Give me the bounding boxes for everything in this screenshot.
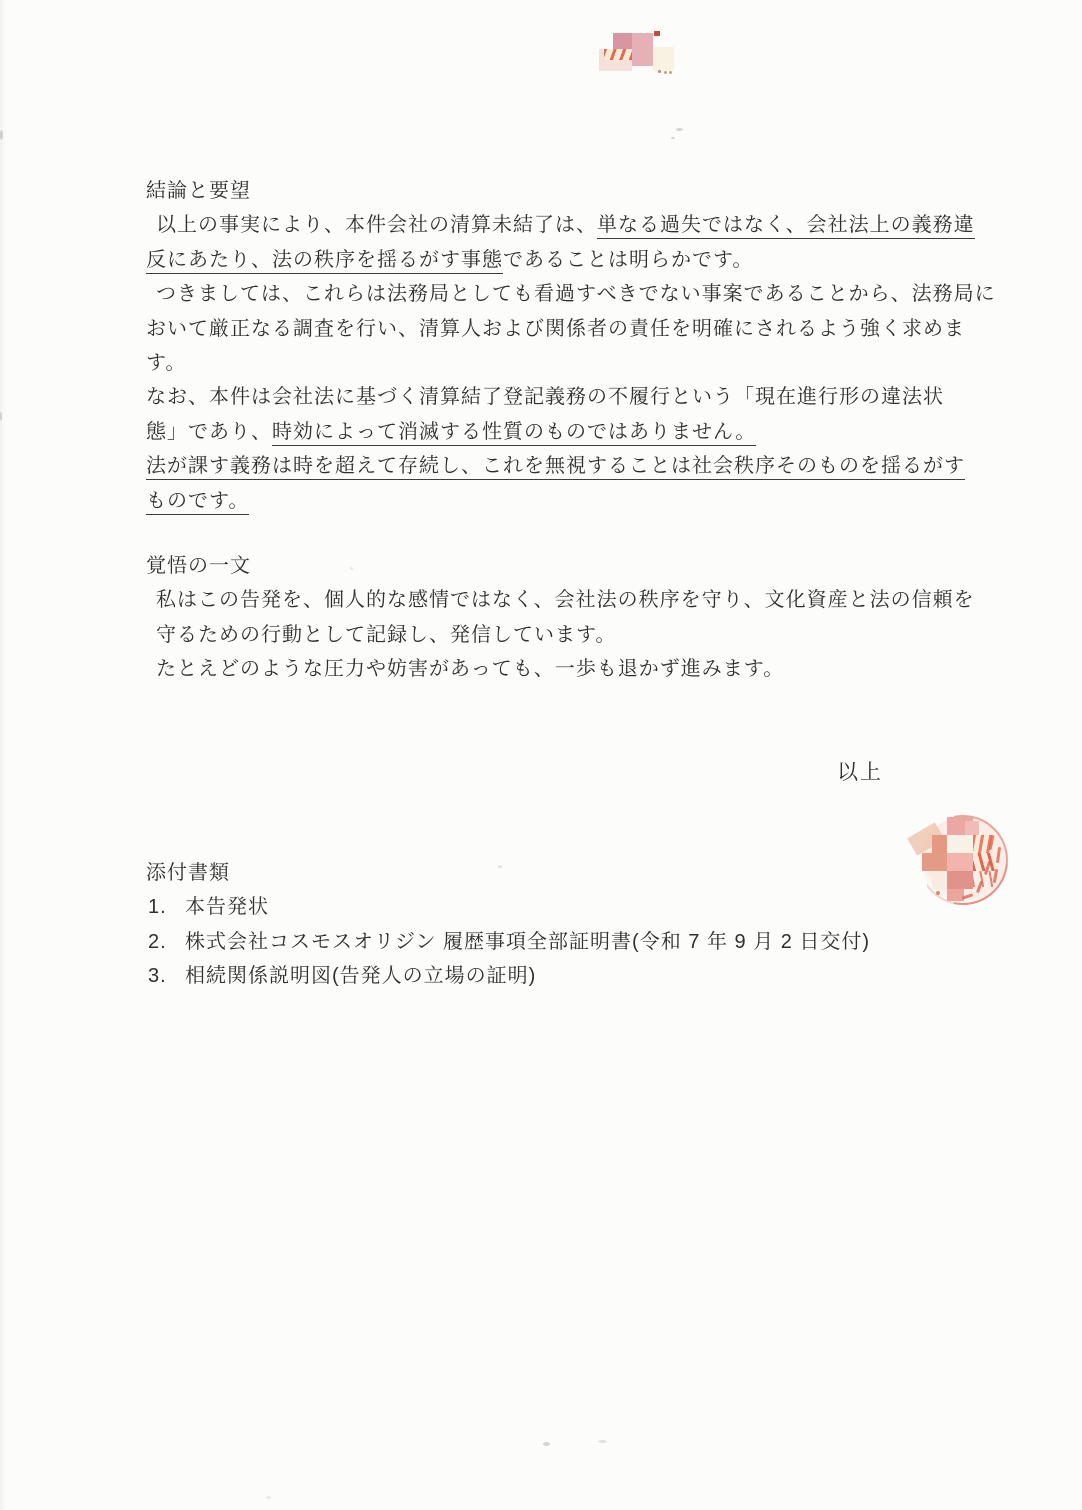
scan-speck: [598, 1440, 607, 1443]
text-segment: 私はこの告発を、個人的な感情ではなく、会社法の秩序を守り、文化資産と法の信頼を: [156, 589, 975, 611]
text-line: たとえどのような圧力や妨害があっても、一歩も退かず進みます。: [146, 652, 975, 686]
text-line: 反にあたり、法の秩序を揺るがす事態であることは明らかです。: [146, 243, 996, 277]
text-line: なお、本件は会社法に基づく清算結了登記義務の不履行という「現在進行形の違法状: [146, 380, 996, 414]
seal-pixel-block: [947, 871, 973, 889]
underlined-text-segment: 反にあたり、法の秩序を揺るがす事態: [146, 249, 503, 274]
attachment-title: 本告発状: [185, 896, 269, 918]
text-segment: たとえどのような圧力や妨害があっても、一歩も退かず進みます。: [156, 658, 784, 680]
scan-speck: [498, 865, 502, 868]
text-line: 以上の事実により、本件会社の清算未結了は、単なる過失ではなく、会社法上の義務違: [146, 208, 996, 242]
attachment-item: 2.株式会社コスモスオリジン 履歴事項全部証明書(令和 7 年 9 月 2 日交…: [146, 925, 870, 959]
attachments-section: 添付書類 1.本告発状2.株式会社コスモスオリジン 履歴事項全部証明書(令和 7…: [146, 856, 870, 994]
scan-speck: [676, 128, 683, 131]
scanned-document-page: 結論と要望 以上の事実により、本件会社の清算未結了は、単なる過失ではなく、会社法…: [0, 0, 1082, 1510]
attachments-heading: 添付書類: [146, 856, 870, 890]
scan-speck: [266, 1496, 271, 1499]
underlined-text-segment: 単なる過失ではなく、会社法上の義務違: [597, 214, 975, 239]
seal-pixel-block: [965, 821, 979, 835]
text-line: つきましては、これらは法務局としても看過すべきでない事案であることから、法務局に: [146, 277, 996, 311]
text-line: 態」であり、時効によって消滅する性質のものではありません。: [146, 415, 996, 449]
attachment-number: 1.: [146, 890, 185, 924]
section-conclusion: 結論と要望 以上の事実により、本件会社の清算未結了は、単なる過失ではなく、会社法…: [146, 174, 996, 518]
attachment-number: 3.: [146, 959, 185, 993]
seal-pixel-block: [932, 871, 947, 889]
closing-mark: 以上: [837, 756, 883, 790]
stamp-ink-dots: [658, 70, 661, 73]
text-line: 法が課す義務は時を超えて存続し、これを無視することは社会秩序そのものを揺るがす: [146, 449, 996, 483]
stamp-pixel-block: [654, 31, 660, 36]
scan-speck: [671, 137, 675, 139]
seal-pixel-block: [947, 853, 973, 871]
text-segment: おいて厳正なる調査を行い、清算人および関係者の責任を明確にされるよう強く求めま: [146, 318, 965, 340]
underlined-text-segment: 法が課す義務は時を超えて存続し、これを無視することは社会秩序そのものを揺るがす: [146, 455, 965, 480]
redacted-stamp-icon: [597, 31, 677, 75]
text-line: ものです。: [146, 484, 996, 518]
attachment-item: 3.相続関係説明図(告発人の立場の証明): [146, 959, 870, 993]
stamp-pixel-block: [599, 60, 632, 71]
scan-speck: [350, 567, 353, 570]
text-segment: であることは明らかです。: [503, 249, 753, 271]
section-body: 以上の事実により、本件会社の清算未結了は、単なる過失ではなく、会社法上の義務違反…: [146, 208, 996, 518]
scan-speck: [543, 1442, 550, 1446]
text-line: す。: [146, 346, 996, 380]
text-line: おいて厳正なる調査を行い、清算人および関係者の責任を明確にされるよう強く求めま: [146, 312, 996, 346]
text-segment: 以上の事実により、本件会社の清算未結了は、: [156, 214, 597, 236]
seal-pixel-block: [922, 853, 947, 871]
attachment-title: 相続関係説明図(告発人の立場の証明): [185, 965, 536, 987]
text-line: 私はこの告発を、個人的な感情ではなく、会社法の秩序を守り、文化資産と法の信頼を: [146, 583, 975, 617]
scan-speck: [0, 412, 2, 421]
text-segment: す。: [146, 352, 186, 374]
underlined-text-segment: ものです。: [146, 490, 249, 515]
seal-pixel-block: [932, 835, 947, 853]
attachment-title: 株式会社コスモスオリジン 履歴事項全部証明書(令和 7 年 9 月 2 日交付): [185, 931, 870, 953]
text-segment: 守るための行動として記録し、発信しています。: [156, 624, 616, 646]
seal-stripe-block: [973, 853, 995, 871]
redacted-seal-icon: [916, 813, 1010, 907]
text-segment: 態」であり、: [146, 421, 272, 443]
seal-ink-dot: [936, 891, 940, 895]
text-segment: なお、本件は会社法に基づく清算結了登記義務の不履行という「現在進行形の違法状: [146, 386, 944, 408]
underlined-text-segment: 時効によって消滅する性質のものではありません。: [272, 421, 756, 446]
section-heading: 結論と要望: [146, 174, 996, 208]
seal-pixel-block: [947, 889, 964, 901]
attachments-list: 1.本告発状2.株式会社コスモスオリジン 履歴事項全部証明書(令和 7 年 9 …: [146, 890, 870, 993]
section-heading: 覚悟の一文: [146, 549, 975, 583]
stamp-pixel-block: [653, 47, 674, 71]
text-segment: つきましては、これらは法務局としても看過すべきでない事案であることから、法務局に: [156, 283, 996, 305]
stamp-pixel-block: [632, 33, 653, 66]
section-body: 私はこの告発を、個人的な感情ではなく、会社法の秩序を守り、文化資産と法の信頼を守…: [146, 583, 975, 686]
attachment-item: 1.本告発状: [146, 890, 870, 924]
scan-speck: [0, 130, 3, 140]
attachment-number: 2.: [146, 925, 185, 959]
text-line: 守るための行動として記録し、発信しています。: [146, 618, 975, 652]
section-resolve: 覚悟の一文 私はこの告発を、個人的な感情ではなく、会社法の秩序を守り、文化資産と…: [146, 549, 975, 687]
seal-pixel-block: [947, 835, 973, 853]
scan-edge-shading: [0, 0, 6, 1510]
stamp-pixel-block: [613, 33, 632, 49]
